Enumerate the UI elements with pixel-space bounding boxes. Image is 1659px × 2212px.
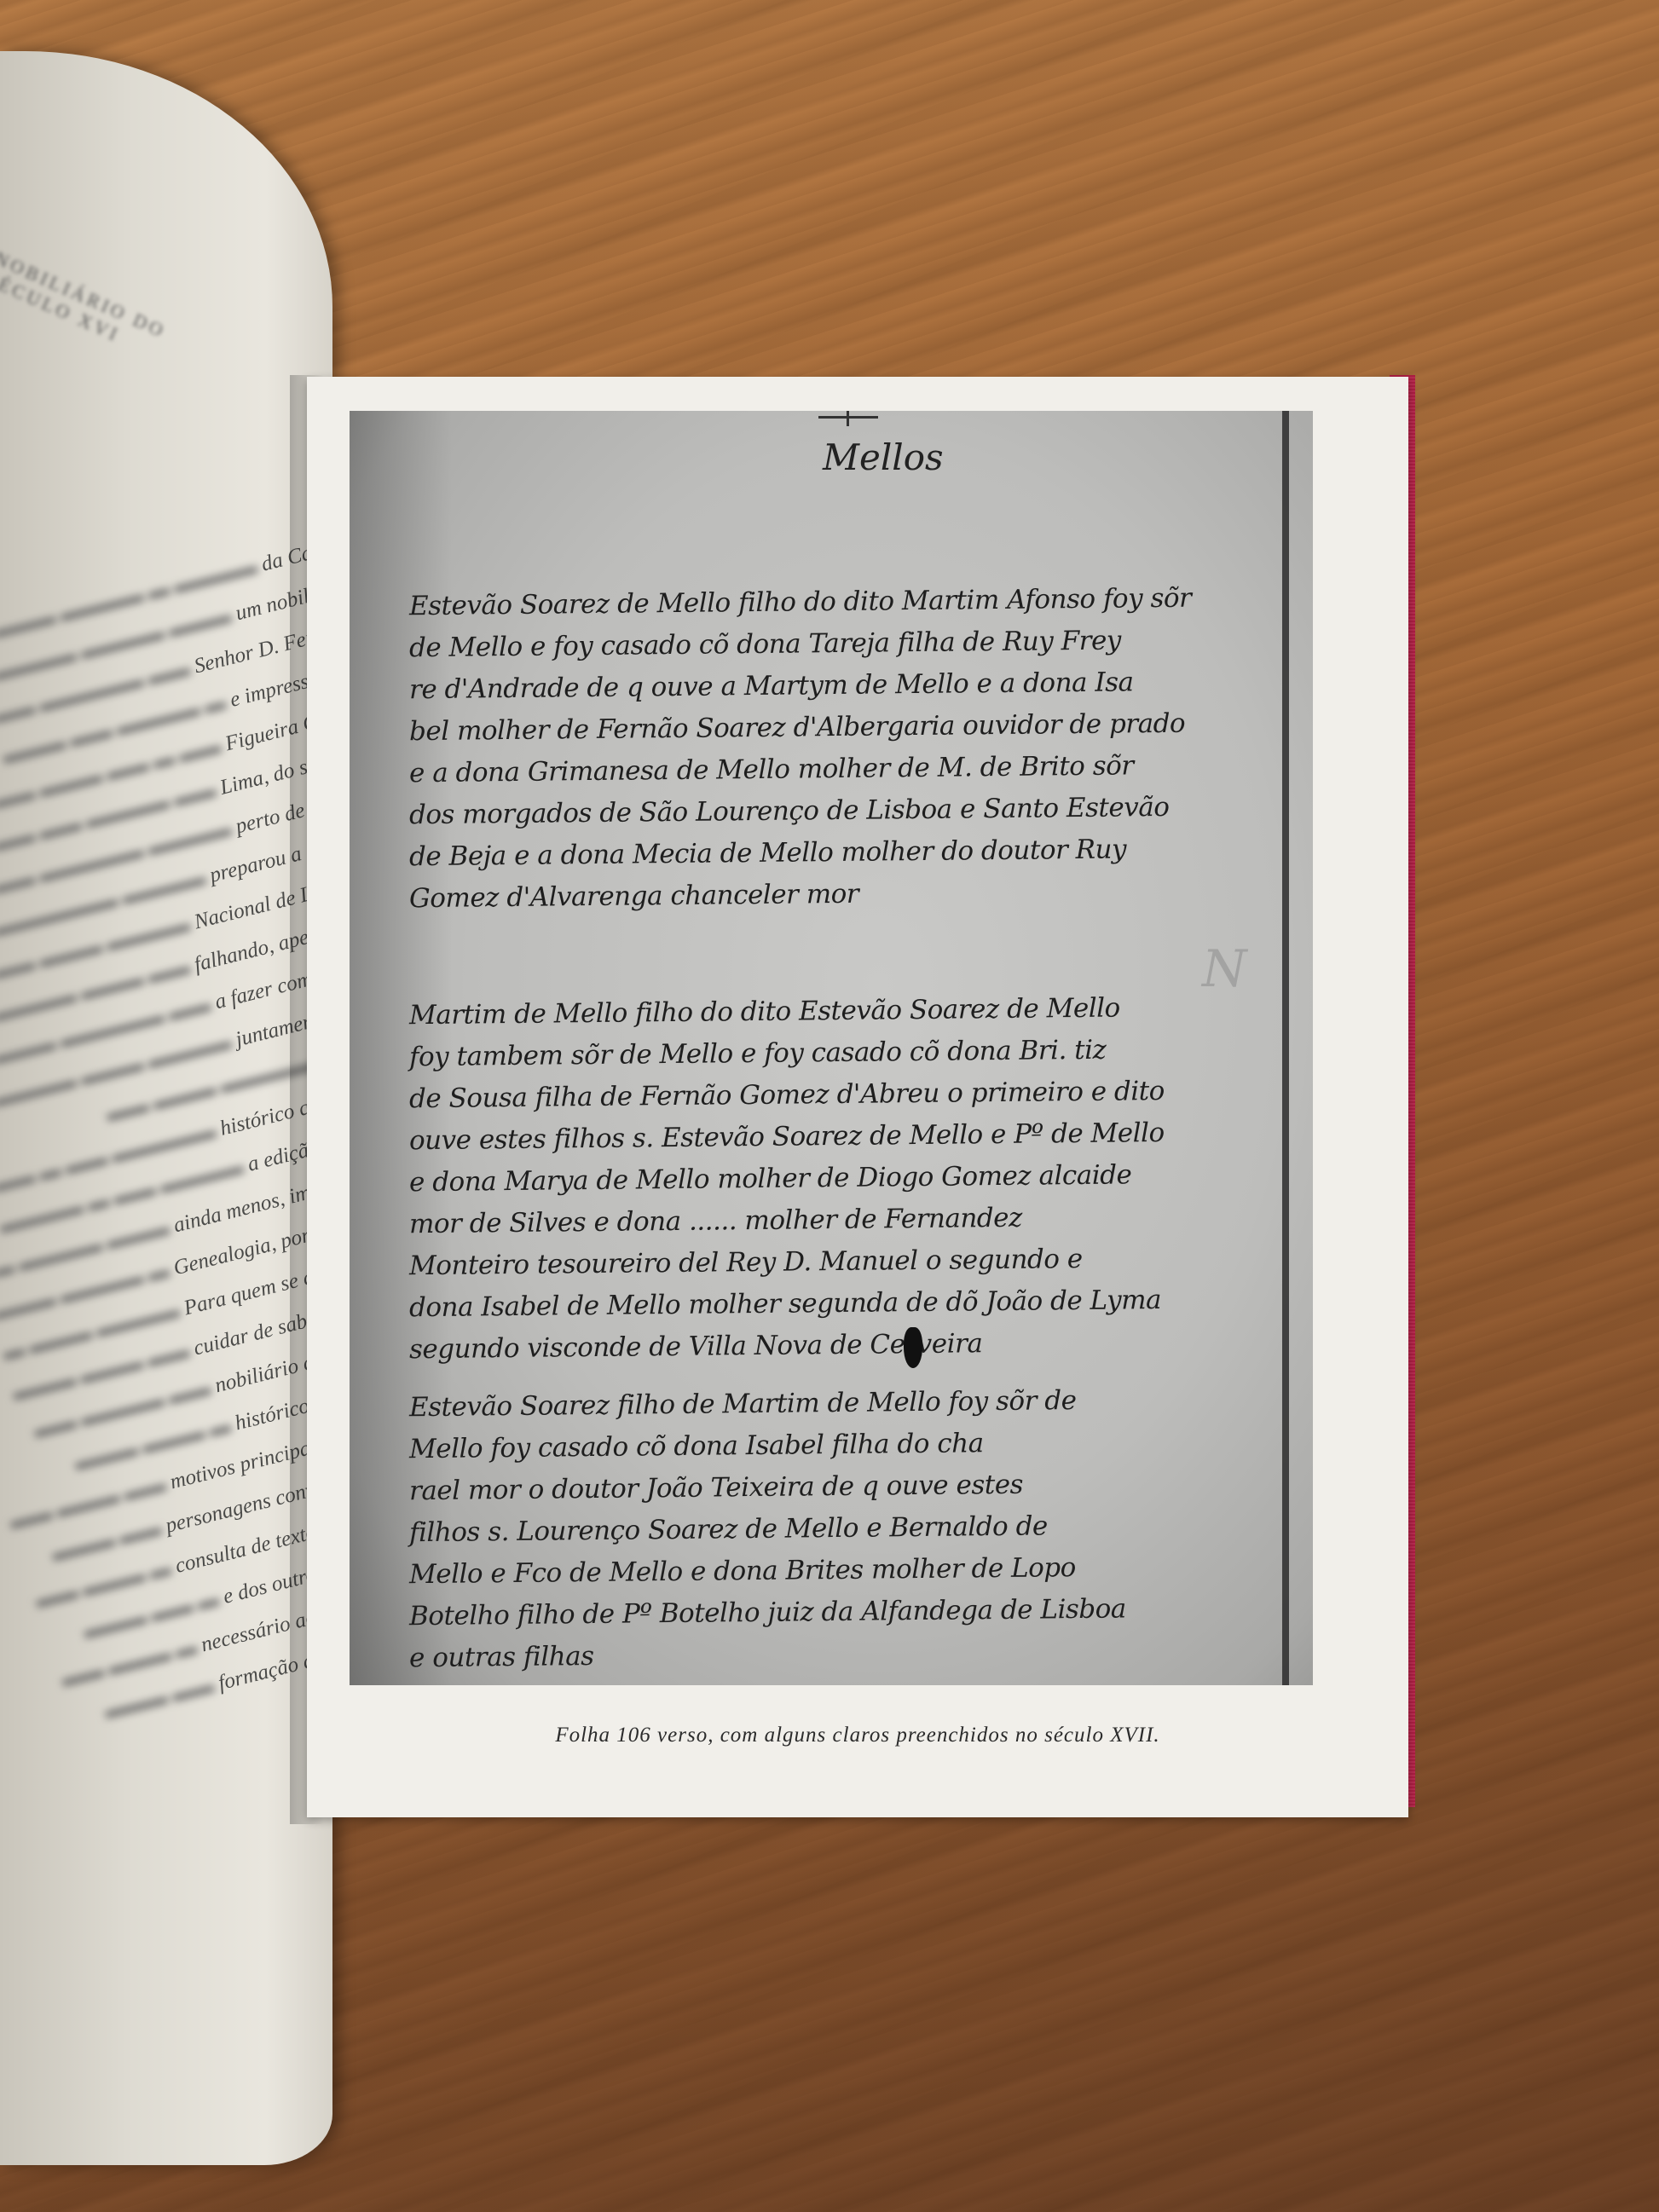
cross-mark-icon bbox=[818, 416, 878, 419]
running-header: NOBILIÁRIO DO SÉCULO XVI bbox=[0, 247, 234, 392]
manuscript-heading: Mellos bbox=[823, 436, 944, 478]
left-page-text: ▬▬▬ ▬▬▬▬ ▬ ▬▬▬▬ da Casa dos ▬▬▬▬ ▬▬▬▬ ▬▬… bbox=[0, 528, 324, 1679]
manuscript-line: segundo visconde de Villa Nova de Cervei… bbox=[409, 1320, 1262, 1371]
ink-blot bbox=[904, 1327, 922, 1368]
manuscript-facsimile: Mellos Estevão Soarez de Mello filho do … bbox=[350, 411, 1313, 1685]
manuscript-line: e outras filhas bbox=[409, 1629, 1262, 1679]
manuscript-paragraph-2: Martim de Mello filho do dito Estevão So… bbox=[409, 990, 1262, 1366]
manuscript-paragraph-1: Estevão Soarez de Mello filho do dito Ma… bbox=[409, 581, 1262, 915]
manuscript-line: Gomez d'Alvarenga chanceler mor bbox=[409, 869, 1262, 920]
margin-rule bbox=[1282, 411, 1289, 1685]
manuscript-paragraph-3: Estevão Soarez filho de Martim de Mello … bbox=[409, 1383, 1262, 1675]
plate-caption: Folha 106 verso, com alguns claros preen… bbox=[307, 1724, 1408, 1747]
left-page: NOBILIÁRIO DO SÉCULO XVI ▬▬▬ ▬▬▬▬ ▬ ▬▬▬▬… bbox=[0, 51, 332, 2165]
right-page: Mellos Estevão Soarez de Mello filho do … bbox=[307, 377, 1408, 1817]
